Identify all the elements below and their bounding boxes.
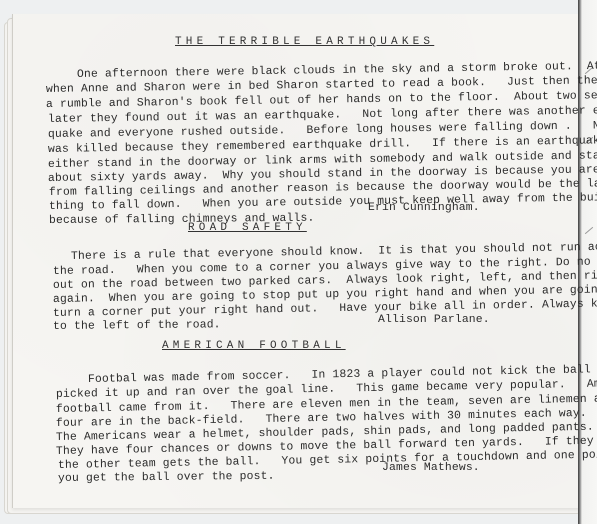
section-title: AMERICAN FOOTBALL — [162, 340, 346, 352]
section-title: THE TERRIBLE EARTHQUAKES — [175, 36, 434, 48]
author-signature: Allison Parlane. — [378, 314, 490, 326]
section-title: ROAD SAFETY — [188, 222, 307, 234]
text-line: to the left of the road. — [53, 318, 221, 334]
text-line: you get the ball over the post. — [58, 470, 275, 486]
author-signature: Erin Cunningham. — [368, 202, 480, 214]
author-signature: James Mathews. — [382, 462, 480, 474]
